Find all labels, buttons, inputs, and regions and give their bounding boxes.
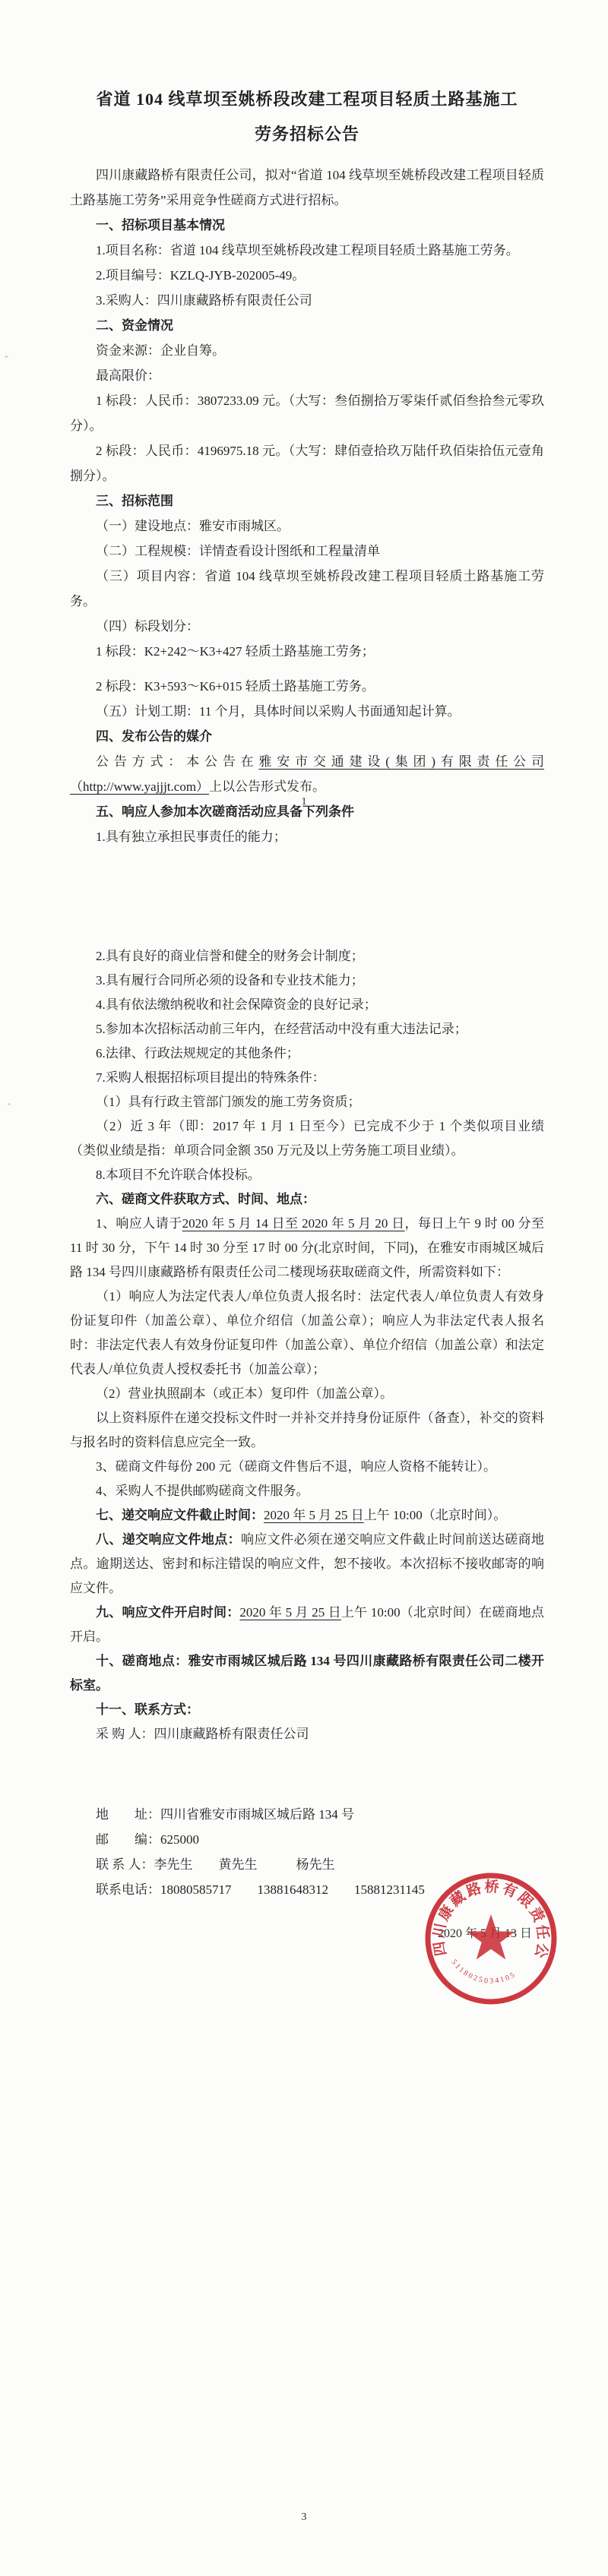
pickup-requirement-2: （2）营业执照副本（或正本）复印件（加盖公章）。: [70, 1382, 544, 1406]
condition-5: 5.参加本次招标活动前三年内，在经营活动中没有重大违法记录；: [70, 1017, 544, 1041]
lot1-price: 1 标段：人民币：3807233.09 元。（大写：叁佰捌拾万零柒仟贰佰叁拾叁元…: [70, 388, 544, 438]
scope-lots-label: （四）标段划分：: [70, 614, 544, 639]
no-mail-order: 4、采购人不提供邮购磋商文件服务。: [70, 1479, 544, 1503]
section-8-submission-place: 八、递交响应文件地点：响应文件必须在递交响应文件截止时间前送达磋商地点。逾期送达…: [70, 1528, 544, 1601]
section-7-deadline: 七、递交响应文件截止时间：2020 年 5 月 25 日上午 10:00（北京时…: [70, 1503, 544, 1528]
pickup-requirement-1: （1）响应人为法定代表人/单位负责人报名时：法定代表人/单位负责人有效身份证复印…: [70, 1285, 544, 1382]
scanned-tender-announcement-document: 省道 104 线草坝至姚桥段改建工程项目轻质土路基施工 劳务招标公告 四川康藏路…: [0, 0, 608, 2576]
contact-address: 地 址：四川省雅安市雨城区城后路 134 号: [70, 1802, 544, 1827]
section-4-heading: 四、发布公告的媒介: [70, 724, 544, 749]
condition-1: 1.具有独立承担民事责任的能力；: [70, 824, 544, 849]
opening-time-label: 九、响应文件开启时间：: [96, 1605, 239, 1620]
project-name: 1.项目名称：省道 104 线草坝至姚桥段改建工程项目轻质土路基施工劳务。: [70, 238, 544, 263]
company-seal-stamp: 四川康藏路桥有限责任公司 5118025034105: [423, 1870, 559, 2007]
opening-date: 2020 年 5 月 25 日: [239, 1605, 341, 1620]
price-cap-label: 最高限价：: [70, 363, 544, 388]
document-pickup-info: 1、响应人请于2020 年 5 月 14 日至 2020 年 5 月 20 日，…: [70, 1212, 544, 1285]
condition-3: 3.具有履行合同所必须的设备和专业技术能力；: [70, 969, 544, 993]
deadline-label: 七、递交响应文件截止时间：: [96, 1508, 264, 1522]
condition-7-2: （2）近 3 年（即：2017 年 1 月 1 日至今）已完成不少于 1 个类似…: [70, 1114, 544, 1163]
section-1-heading: 一、招标项目基本情况: [70, 213, 544, 238]
condition-4: 4.具有依法缴纳税收和社会保障资金的良好记录；: [70, 993, 544, 1017]
section-2-heading: 二、资金情况: [70, 313, 544, 338]
pickup-date-range: 2020 年 5 月 14 日至 2020 年 5 月 20 日: [182, 1216, 405, 1231]
deadline-time: 上午 10:00（北京时间）。: [364, 1508, 506, 1522]
seal-number-text: 5118025034105: [450, 1958, 518, 1986]
scope-schedule: （五）计划工期：11 个月，具体时间以采购人书面通知起计算。: [70, 699, 544, 724]
pickup-note: 以上资料原件在递交投标文件时一并补交并持身份证原件（备查），补交的资料与报名时的…: [70, 1406, 544, 1455]
scan-artifact: [8, 1103, 11, 1105]
document-title: 省道 104 线草坝至姚桥段改建工程项目轻质土路基施工 劳务招标公告: [70, 82, 544, 152]
section-10-venue: 十、磋商地点：雅安市雨城区城后路 134 号四川康藏路桥有限责任公司二楼开标室。: [70, 1649, 544, 1698]
scope-content: （三）项目内容：省道 104 线草坝至姚桥段改建工程项目轻质土路基施工劳务。: [70, 564, 544, 614]
scope-size: （二）工程规模：详情查看设计图纸和工程量清单: [70, 539, 544, 564]
seal-star-icon: [467, 1914, 515, 1960]
condition-2: 2.具有良好的商业信誉和健全的财务会计制度；: [70, 944, 544, 969]
pickup-prefix: 1、响应人请于: [96, 1216, 182, 1231]
media-suffix: 上以公告形式发布。: [209, 779, 325, 794]
lot1-scope: 1 标段：K2+242～K3+427 轻质土路基施工劳务；: [70, 639, 544, 664]
section-6-heading: 六、磋商文件获取方式、时间、地点：: [70, 1187, 544, 1212]
document-fee: 3、磋商文件每份 200 元（磋商文件售后不退，响应人资格不能转让）。: [70, 1455, 544, 1479]
lot2-scope: 2 标段：K3+593～K6+015 轻质土路基施工劳务。: [70, 674, 544, 699]
condition-8: 8.本项目不允许联合体投标。: [70, 1163, 544, 1187]
intro-paragraph: 四川康藏路桥有限责任公司，拟对“省道 104 线草坝至姚桥段改建工程项目轻质土路…: [70, 163, 544, 213]
section-11-contact-heading: 十一、联系方式：: [70, 1698, 544, 1722]
page-2: 2.具有良好的商业信誉和健全的财务会计制度； 3.具有履行合同所必须的设备和专业…: [70, 944, 544, 1746]
page-1: 省道 104 线草坝至姚桥段改建工程项目轻质土路基施工 劳务招标公告 四川康藏路…: [70, 82, 544, 849]
page-number-2: 2: [0, 1658, 608, 1670]
section-3-heading: 三、招标范围: [70, 488, 544, 514]
submission-place-label: 八、递交响应文件地点：: [96, 1532, 241, 1547]
purchaser-line: 3.采购人：四川康藏路桥有限责任公司: [70, 288, 544, 313]
announcement-media: 公告方式：本公告在雅安市交通建设(集团)有限责任公司（http://www.ya…: [70, 749, 544, 799]
project-number: 2.项目编号：KZLQ-JYB-202005-49。: [70, 263, 544, 288]
scope-location: （一）建设地点：雅安市雨城区。: [70, 514, 544, 539]
condition-7-1: （1）具有行政主管部门颁发的施工劳务资质；: [70, 1090, 544, 1114]
condition-6: 6.法律、行政法规规定的其他条件；: [70, 1041, 544, 1066]
contact-zip: 邮 编：625000: [70, 1827, 544, 1852]
fund-source: 资金来源：企业自筹。: [70, 338, 544, 363]
title-line-2: 劳务招标公告: [255, 125, 359, 144]
media-prefix: 公告方式：本公告在: [96, 754, 258, 769]
page-number-1: 1: [0, 796, 608, 808]
purchaser-name: 采 购 人：四川康藏路桥有限责任公司: [70, 1722, 544, 1746]
scan-artifact: [5, 356, 8, 358]
section-9-opening-time: 九、响应文件开启时间：2020 年 5 月 25 日上午 10:00（北京时间）…: [70, 1601, 544, 1649]
deadline-date: 2020 年 5 月 25 日: [264, 1508, 364, 1522]
lot2-price: 2 标段：人民币：4196975.18 元。（大写：肆佰壹拾玖万陆仟玖佰柒拾伍元…: [70, 438, 544, 488]
title-line-1: 省道 104 线草坝至姚桥段改建工程项目轻质土路基施工: [96, 90, 518, 109]
page-number-3: 3: [0, 2511, 608, 2524]
condition-7: 7.采购人根据招标项目提出的特殊条件：: [70, 1066, 544, 1090]
